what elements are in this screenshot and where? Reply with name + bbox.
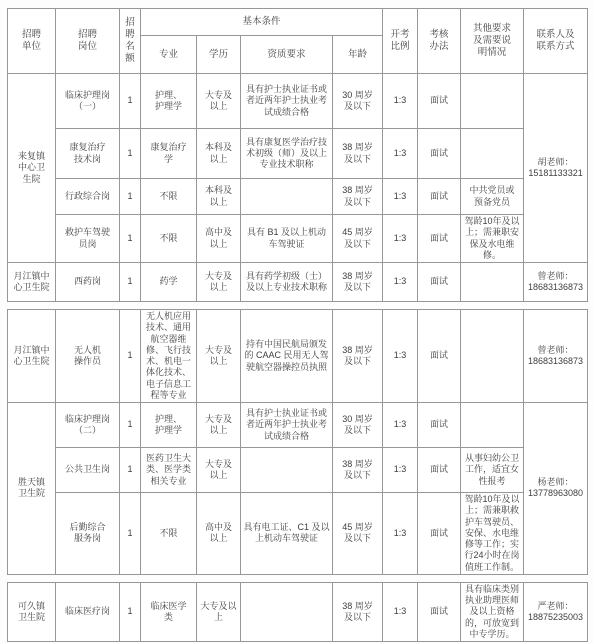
cell-ratio: 1:3: [383, 215, 418, 263]
cell-quota: 1: [120, 263, 141, 302]
cell-position: 临床护理岗 （二）: [56, 403, 120, 448]
header-cell-basic-conditions: 基本条件: [141, 9, 383, 36]
header-row-1: 招聘 单位 招聘 岗位 招 聘 名 额 基本条件 开考 比例 考核 办法 其他要…: [8, 9, 588, 36]
cell-education: 大专及 以上: [197, 448, 241, 493]
cell-quota: 1: [120, 74, 141, 129]
cell-method: 面试: [418, 493, 461, 575]
recruitment-document: 招聘 单位 招聘 岗位 招 聘 名 额 基本条件 开考 比例 考核 办法 其他要…: [0, 0, 594, 642]
header-cell-other: 其他要求 及需要说 明情况: [461, 9, 524, 74]
cell-ratio: 1:3: [383, 582, 418, 641]
header-cell-contact: 联系人及 联系方式: [524, 9, 588, 74]
cell-major: 不限: [141, 493, 197, 575]
cell-qualification: 具有护士执业证书或者近两年护士执业考试成绩合格: [241, 74, 333, 129]
cell-education: 本科及 以上: [197, 179, 241, 215]
cell-age: 38 周岁 及以下: [333, 448, 383, 493]
cell-quota: 1: [120, 582, 141, 641]
cell-ratio: 1:3: [383, 263, 418, 302]
cell-qualification: 具有电工证、C1 及以上机动车驾驶证: [241, 493, 333, 575]
cell-major: 不限: [141, 215, 197, 263]
cell-education: 高中及 以上: [197, 493, 241, 575]
cell-education: 高中及 以上: [197, 215, 241, 263]
cell-unit: 月江镇中 心卫生院: [8, 310, 56, 403]
header-cell-unit: 招聘 单位: [8, 9, 56, 74]
header-cell-method: 考核 办法: [418, 9, 461, 74]
recruitment-table-block-1: 招聘 单位 招聘 岗位 招 聘 名 额 基本条件 开考 比例 考核 办法 其他要…: [7, 8, 588, 302]
cell-contact: 杨老师： 13778963080: [524, 403, 588, 575]
cell-other: 驾龄10年及以上；需兼职安保及水电维修。: [461, 215, 524, 263]
cell-contact: 严老师： 18875235003: [524, 582, 588, 641]
cell-method: 面试: [418, 179, 461, 215]
cell-other: [461, 403, 524, 448]
table-row: 月江镇中 心卫生院 西药岗 1 药学 大专及 以上 具有药学初级（士）及以上专业…: [8, 263, 588, 302]
cell-position: 康复治疗 技术岗: [56, 129, 120, 179]
cell-method: 面试: [418, 582, 461, 641]
table-row: 救护车驾驶 员岗 1 不限 高中及 以上 具有 B1 及以上机动车驾驶证 45 …: [8, 215, 588, 263]
cell-method: 面试: [418, 215, 461, 263]
cell-major: 护理、 护理学: [141, 403, 197, 448]
cell-position: 临床护理岗 （一）: [56, 74, 120, 129]
cell-other: 驾龄10年及以上；需兼职救护车驾驶员、安保、水电维修等工作；实行24小时在岗值班…: [461, 493, 524, 575]
cell-method: 面试: [418, 403, 461, 448]
cell-position: 后勤综合 服务岗: [56, 493, 120, 575]
cell-qualification: 持有中国民航局颁发的 CAAC 民用无人驾驶航空器操控员执照: [241, 310, 333, 403]
recruitment-table-block-3: 可久镇 卫生院 临床医疗岗 1 临床医学 类 大专及以 上 38 周岁 及以下 …: [7, 582, 588, 642]
cell-age: 38 周岁 及以下: [333, 582, 383, 641]
cell-qualification: [241, 582, 333, 641]
cell-unit: 月江镇中 心卫生院: [8, 263, 56, 302]
cell-position: 西药岗: [56, 263, 120, 302]
header-cell-qualification: 资质要求: [241, 36, 333, 74]
cell-qualification: 具有药学初级（士）及以上专业技术职称: [241, 263, 333, 302]
header-cell-ratio: 开考 比例: [383, 9, 418, 74]
cell-age: 45 周岁 及以下: [333, 215, 383, 263]
table-row: 可久镇 卫生院 临床医疗岗 1 临床医学 类 大专及以 上 38 周岁 及以下 …: [8, 582, 588, 641]
cell-age: 38 周岁 及以下: [333, 310, 383, 403]
cell-qualification: [241, 179, 333, 215]
cell-quota: 1: [120, 179, 141, 215]
cell-other: [461, 310, 524, 403]
cell-other: [461, 129, 524, 179]
cell-method: 面试: [418, 448, 461, 493]
cell-ratio: 1:3: [383, 129, 418, 179]
cell-ratio: 1:3: [383, 403, 418, 448]
cell-education: 大专及以 上: [197, 582, 241, 641]
cell-major: 不限: [141, 179, 197, 215]
cell-contact: 胡老师： 15181133321: [524, 74, 588, 263]
cell-major: 医药卫生大类、医学类相关专业: [141, 448, 197, 493]
cell-method: 面试: [418, 129, 461, 179]
cell-age: 38 周岁 及以下: [333, 129, 383, 179]
cell-qualification: 具有 B1 及以上机动车驾驶证: [241, 215, 333, 263]
cell-education: 大专及 以上: [197, 403, 241, 448]
cell-position: 行政综合岗: [56, 179, 120, 215]
cell-quota: 1: [120, 403, 141, 448]
recruitment-table-block-2: 月江镇中 心卫生院 无人机 操作员 1 无人机应用技术、通用航空器维修、飞行技术…: [7, 309, 588, 575]
cell-contact: 曾老师： 18683136873: [524, 310, 588, 403]
cell-education: 本科及 以上: [197, 129, 241, 179]
cell-quota: 1: [120, 310, 141, 403]
table-row: 来复镇 中心卫 生院 临床护理岗 （一） 1 护理、 护理学 大专及 以上 具有…: [8, 74, 588, 129]
cell-major: 临床医学 类: [141, 582, 197, 641]
cell-unit: 来复镇 中心卫 生院: [8, 74, 56, 263]
table-row: 后勤综合 服务岗 1 不限 高中及 以上 具有电工证、C1 及以上机动车驾驶证 …: [8, 493, 588, 575]
cell-ratio: 1:3: [383, 448, 418, 493]
table-row: 胜天镇 卫生院 临床护理岗 （二） 1 护理、 护理学 大专及 以上 具有护士执…: [8, 403, 588, 448]
cell-quota: 1: [120, 129, 141, 179]
cell-ratio: 1:3: [383, 179, 418, 215]
cell-position: 无人机 操作员: [56, 310, 120, 403]
header-cell-major: 专业: [141, 36, 197, 74]
cell-method: 面试: [418, 74, 461, 129]
cell-unit: 可久镇 卫生院: [8, 582, 56, 641]
header-cell-quota: 招 聘 名 额: [120, 9, 141, 74]
header-cell-position: 招聘 岗位: [56, 9, 120, 74]
cell-position: 救护车驾驶 员岗: [56, 215, 120, 263]
cell-position: 临床医疗岗: [56, 582, 120, 641]
cell-ratio: 1:3: [383, 74, 418, 129]
cell-age: 45 周岁 及以下: [333, 493, 383, 575]
cell-major: 康复治疗 学: [141, 129, 197, 179]
cell-quota: 1: [120, 448, 141, 493]
cell-age: 38 周岁 及以下: [333, 179, 383, 215]
cell-other: 具有临床类别执业助理医师及以上资格的，可放宽到中专学历。: [461, 582, 524, 641]
cell-qualification: 具有护士执业证书或者近两年护士执业考试成绩合格: [241, 403, 333, 448]
cell-quota: 1: [120, 215, 141, 263]
cell-other: 中共党员或 预备党员: [461, 179, 524, 215]
table-row: 公共卫生岗 1 医药卫生大类、医学类相关专业 大专及 以上 38 周岁 及以下 …: [8, 448, 588, 493]
header-cell-education: 学历: [197, 36, 241, 74]
cell-education: 大专及 以上: [197, 310, 241, 403]
cell-other: 从事妇幼公卫工作，适宜女性报考: [461, 448, 524, 493]
cell-education: 大专及 以上: [197, 263, 241, 302]
cell-method: 面试: [418, 263, 461, 302]
header-cell-age: 年龄: [333, 36, 383, 74]
cell-ratio: 1:3: [383, 493, 418, 575]
cell-other: [461, 74, 524, 129]
cell-age: 30 周岁 及以下: [333, 403, 383, 448]
cell-contact: 曾老师： 18683136873: [524, 263, 588, 302]
cell-age: 38 周岁 及以下: [333, 263, 383, 302]
cell-method: 面试: [418, 310, 461, 403]
cell-other: [461, 263, 524, 302]
cell-qualification: 具有康复医学治疗技术初级（师）及以上专业技术职称: [241, 129, 333, 179]
cell-quota: 1: [120, 493, 141, 575]
cell-major: 无人机应用技术、通用航空器维修、飞行技术、机电一体化技术、电子信息工程等专业: [141, 310, 197, 403]
table-row: 行政综合岗 1 不限 本科及 以上 38 周岁 及以下 1:3 面试 中共党员或…: [8, 179, 588, 215]
cell-unit: 胜天镇 卫生院: [8, 403, 56, 575]
cell-education: 大专及 以上: [197, 74, 241, 129]
cell-position: 公共卫生岗: [56, 448, 120, 493]
table-row: 月江镇中 心卫生院 无人机 操作员 1 无人机应用技术、通用航空器维修、飞行技术…: [8, 310, 588, 403]
cell-age: 30 周岁 及以下: [333, 74, 383, 129]
cell-qualification: [241, 448, 333, 493]
table-row: 康复治疗 技术岗 1 康复治疗 学 本科及 以上 具有康复医学治疗技术初级（师）…: [8, 129, 588, 179]
cell-major: 护理、 护理学: [141, 74, 197, 129]
cell-major: 药学: [141, 263, 197, 302]
cell-ratio: 1:3: [383, 310, 418, 403]
